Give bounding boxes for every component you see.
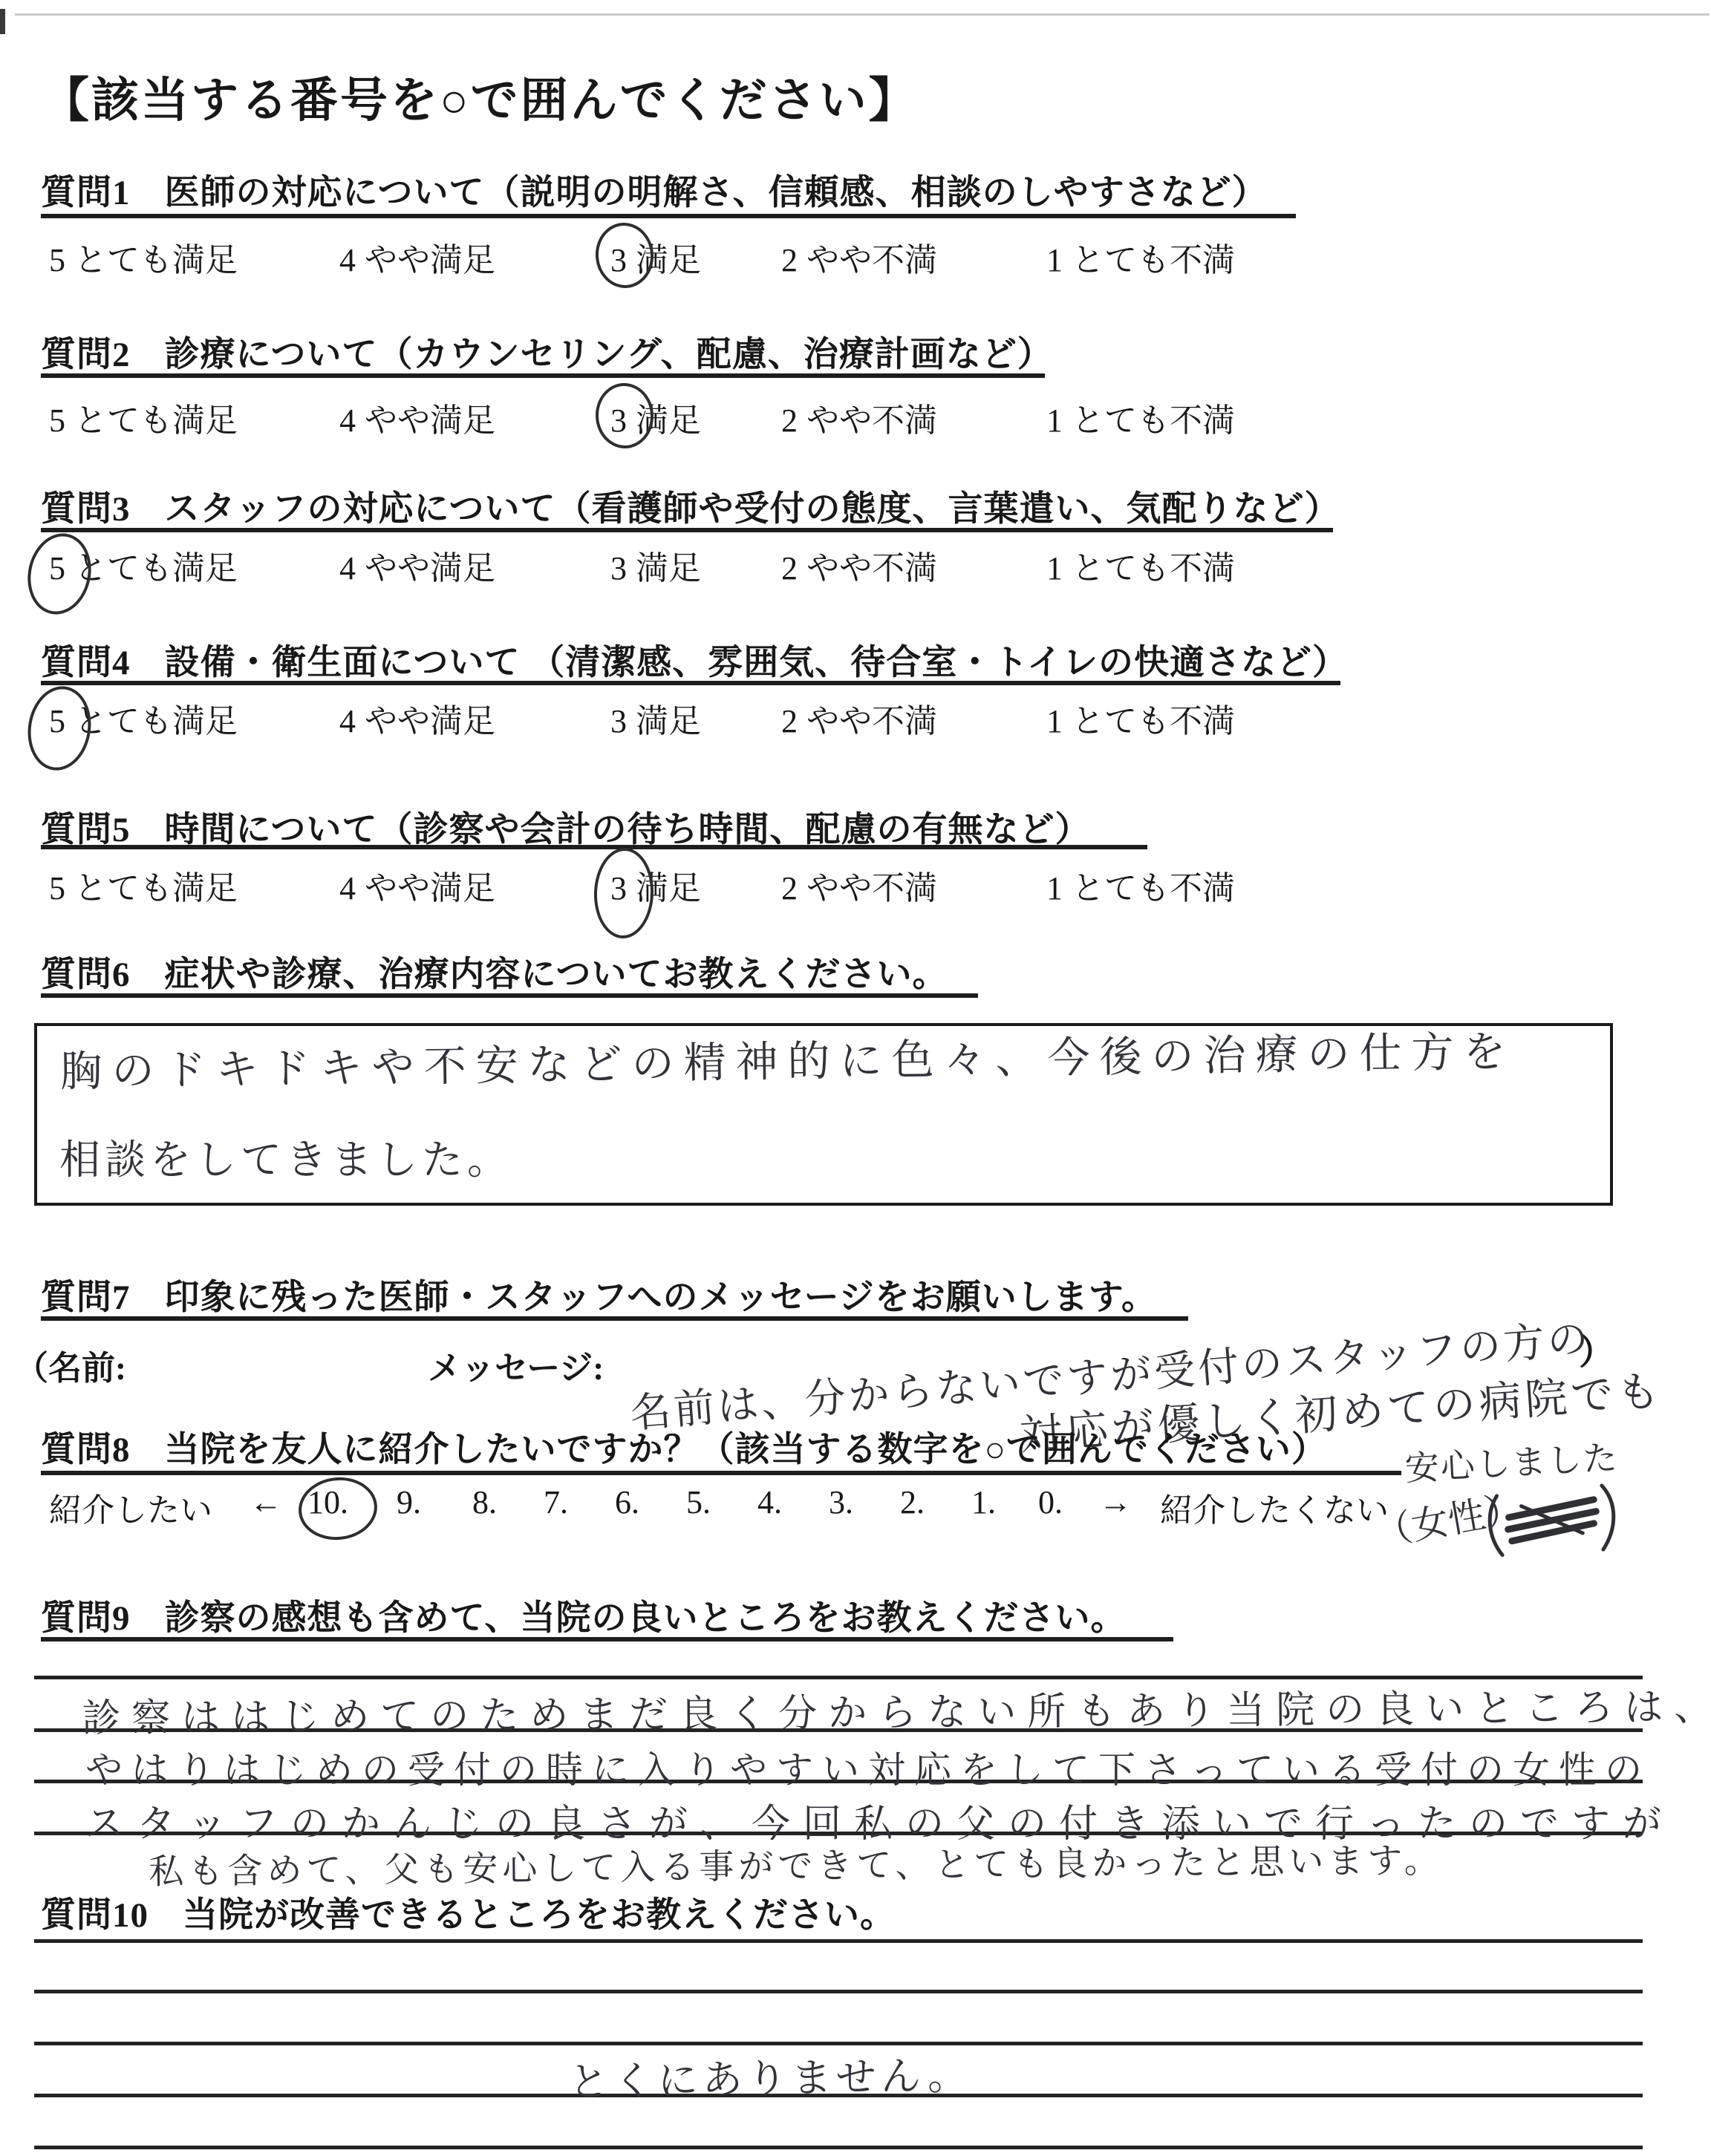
q1-option-5[interactable]: 5とても満足 (49, 233, 238, 281)
heading-underline (41, 373, 1045, 378)
q8-number-5[interactable]: 5. (686, 1483, 711, 1521)
q1-option-4[interactable]: 4やや満足 (339, 233, 495, 281)
heading-underline (41, 214, 1296, 218)
q4-option-1[interactable]: 1とても不満 (1046, 694, 1235, 742)
q8-number-0[interactable]: 0. (1038, 1483, 1063, 1521)
scan-artifact-line (15, 13, 1710, 16)
q9-handwritten-line2: やはりはじめの受付の時に入りやすい対応をして下さっている受付の女性の (85, 1740, 1651, 1794)
question-2-options: 5とても満足 4やや満足 3満足 2やや不満 1とても不満 (0, 393, 1711, 438)
q10-answer-line[interactable] (34, 1939, 1643, 1943)
heading-underline (41, 845, 1147, 849)
question-10-number: 質問10 (41, 1896, 149, 1935)
heading-underline (41, 1316, 1188, 1321)
question-8-number: 質問8 (41, 1431, 131, 1469)
heading-underline (41, 681, 1340, 685)
question-4-text: 設備・衛生面について （清潔感、雰囲気、待合室・トイレの快適さなど） (165, 644, 1348, 682)
question-9-heading: 質問9診察の感想も含めて、当院の良いところをお教えください。 (41, 1590, 1127, 1640)
heading-underline (41, 1471, 1401, 1475)
q7-message-field-label: メッセージ: (428, 1341, 604, 1389)
page-title: 【該当する番号を○で囲んでください】 (42, 62, 919, 131)
question-3-options: 5とても満足 4やや満足 3満足 2やや不満 1とても不満 (0, 541, 1711, 586)
q3-option-3[interactable]: 3満足 (610, 541, 701, 589)
question-1-heading: 質問1医師の対応について（説明の明解さ、信頼感、相談のしやすさなど） (41, 165, 1268, 215)
q2-option-5[interactable]: 5とても満足 (49, 393, 238, 441)
q9-handwritten-line4: 私も含めて、父も安心して入る事ができて、とても良かったと思います。 (149, 1833, 1444, 1894)
q8-label-not-recommend: 紹介したくない (1160, 1483, 1389, 1531)
q3-option-4[interactable]: 4やや満足 (339, 541, 495, 589)
question-5-number: 質問5 (41, 811, 131, 849)
heading-underline (41, 993, 978, 998)
question-3-text: スタッフの対応について（看護師や受付の態度、言葉遣い、気配りなど） (165, 490, 1340, 529)
q8-number-7[interactable]: 7. (544, 1483, 568, 1521)
q5-option-1[interactable]: 1とても不満 (1046, 861, 1235, 909)
question-1-options: 5とても満足 4やや満足 3満足 2やや不満 1とても不満 (0, 233, 1711, 278)
q1-option-1[interactable]: 1とても不満 (1046, 233, 1235, 281)
heading-underline (41, 1637, 1173, 1641)
question-7-heading: 質問7印象に残った医師・スタッフへのメッセージをお願いします。 (41, 1270, 1157, 1319)
question-4-options: 5とても満足 4やや満足 3満足 2やや不満 1とても不満 (0, 694, 1711, 739)
scanned-survey-page: 【該当する番号を○で囲んでください】 質問1医師の対応について（説明の明解さ、信… (0, 0, 1711, 2156)
q8-number-9[interactable]: 9. (397, 1483, 421, 1521)
question-8-text: 当院を友人に紹介したいですか？（該当する数字を○で囲んでください） (165, 1431, 1327, 1469)
q4-option-3[interactable]: 3満足 (610, 694, 701, 742)
question-6-text: 症状や診療、治療内容についてお教えください。 (165, 955, 948, 994)
q8-label-recommend: 紹介したい (49, 1483, 212, 1531)
question-4-number: 質問4 (41, 644, 131, 682)
question-8-heading: 質問8当院を友人に紹介したいですか？（該当する数字を○で囲んでください） (41, 1422, 1327, 1471)
scribbled-out-word (1476, 1478, 1626, 1562)
q5-option-2[interactable]: 2やや不満 (781, 861, 937, 909)
question-9-number: 質問9 (41, 1599, 131, 1638)
question-1-number: 質問1 (41, 174, 131, 212)
q8-number-4[interactable]: 4. (757, 1483, 782, 1521)
question-5-options: 5とても満足 4やや満足 3満足 2やや不満 1とても不満 (0, 861, 1711, 906)
q1-option-2[interactable]: 2やや不満 (781, 233, 937, 281)
right-arrow-icon: → (1099, 1483, 1132, 1521)
question-1-text: 医師の対応について（説明の明解さ、信頼感、相談のしやすさなど） (165, 174, 1268, 212)
question-6-number: 質問6 (41, 955, 131, 994)
q10-handwritten-answer: とくにありません。 (568, 2044, 973, 2108)
question-5-text: 時間について（診察や会計の待ち時間、配慮の有無など） (165, 811, 1091, 849)
question-3-heading: 質問3スタッフの対応について（看護師や受付の態度、言葉遣い、気配りなど） (41, 481, 1340, 531)
q4-option-2[interactable]: 2やや不満 (781, 694, 937, 742)
q2-option-4[interactable]: 4やや満足 (339, 393, 495, 441)
question-2-number: 質問2 (41, 336, 131, 374)
question-5-heading: 質問5時間について（診察や会計の待ち時間、配慮の有無など） (41, 802, 1091, 852)
question-2-heading: 質問2診療について（カウンセリング、配慮、治療計画など） (41, 327, 1053, 376)
q2-option-2[interactable]: 2やや不満 (781, 393, 937, 441)
q8-number-8[interactable]: 8. (472, 1483, 497, 1521)
question-9-text: 診察の感想も含めて、当院の良いところをお教えください。 (165, 1599, 1127, 1638)
question-4-heading: 質問4設備・衛生面について （清潔感、雰囲気、待合室・トイレの快適さなど） (41, 635, 1348, 685)
q3-option-2[interactable]: 2やや不満 (781, 541, 937, 589)
q10-answer-line[interactable] (34, 1990, 1643, 1993)
question-10-heading: 質問10当院が改善できるところをお教えください。 (41, 1887, 896, 1937)
question-7-text: 印象に残った医師・スタッフへのメッセージをお願いします。 (165, 1278, 1157, 1317)
q7-name-field-label: （名前: (15, 1341, 126, 1389)
q2-option-1[interactable]: 1とても不満 (1046, 393, 1235, 441)
scan-artifact-mark (0, 9, 5, 34)
heading-underline (41, 528, 1333, 532)
left-arrow-icon: ← (250, 1483, 282, 1521)
question-6-heading: 質問6症状や診療、治療内容についてお教えください。 (41, 947, 948, 996)
q8-number-2[interactable]: 2. (900, 1483, 925, 1521)
q3-option-1[interactable]: 1とても不満 (1046, 541, 1235, 589)
q10-answer-line[interactable] (34, 2042, 1643, 2045)
question-3-number: 質問3 (41, 490, 131, 529)
q8-number-1[interactable]: 1. (971, 1483, 996, 1521)
q4-option-4[interactable]: 4やや満足 (339, 694, 495, 742)
question-10-text: 当院が改善できるところをお教えください。 (183, 1896, 896, 1935)
q6-handwritten-line2: 相談をしてきました。 (59, 1127, 512, 1186)
q8-number-3[interactable]: 3. (829, 1483, 853, 1521)
q5-option-5[interactable]: 5とても満足 (49, 861, 238, 909)
question-7-number: 質問7 (41, 1278, 131, 1317)
q9-handwritten-line1: 診察ははじめてのためまだ良く分からない所もあり当院の良いところは、 (82, 1676, 1711, 1742)
q8-number-6[interactable]: 6. (615, 1483, 639, 1521)
question-2-text: 診療について（カウンセリング、配慮、治療計画など） (165, 336, 1053, 374)
q5-option-4[interactable]: 4やや満足 (339, 861, 495, 909)
q10-answer-line[interactable] (34, 2146, 1643, 2149)
